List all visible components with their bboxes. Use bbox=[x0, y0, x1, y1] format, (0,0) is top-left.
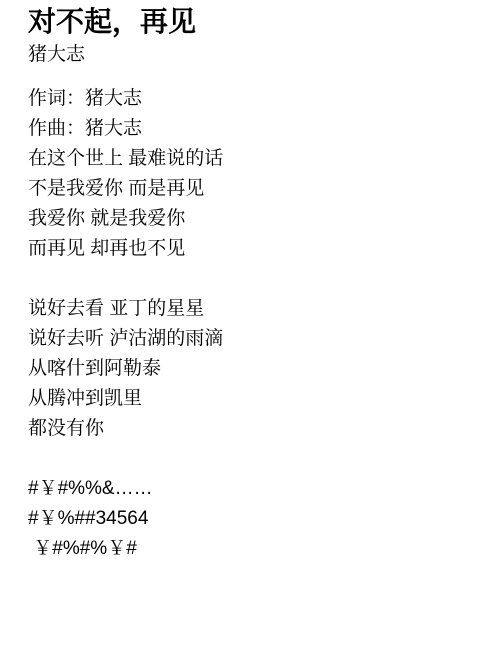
lyrics: 作词：猪大志作曲：猪大志在这个世上 最难说的话不是我爱你 而是再见我爱你 就是我… bbox=[28, 84, 480, 564]
artist-name: 猪大志 bbox=[28, 42, 480, 68]
lyric-line: #￥#%%&…… bbox=[28, 474, 480, 504]
lyrics-page: 对不起，再见 猪大志 作词：猪大志作曲：猪大志在这个世上 最难说的话不是我爱你 … bbox=[0, 0, 500, 670]
lyric-line: 都没有你 bbox=[28, 414, 480, 444]
lyric-line: 我爱你 就是我爱你 bbox=[28, 204, 480, 234]
lyric-line: 在这个世上 最难说的话 bbox=[28, 144, 480, 174]
lyric-line: 作词：猪大志 bbox=[28, 84, 480, 114]
song-title: 对不起，再见 bbox=[28, 2, 480, 42]
lyric-line: 不是我爱你 而是再见 bbox=[28, 174, 480, 204]
lyric-line: 说好去看 亚丁的星星 bbox=[28, 294, 480, 324]
lyric-line: #￥%##34564 bbox=[28, 504, 480, 534]
lyric-line bbox=[28, 264, 480, 294]
lyric-line: 作曲：猪大志 bbox=[28, 114, 480, 144]
lyric-line: 从喀什到阿勒泰 bbox=[28, 354, 480, 384]
lyric-line: ￥#%#%￥# bbox=[28, 534, 480, 564]
lyric-line: 说好去听 泸沽湖的雨滴 bbox=[28, 324, 480, 354]
lyric-line bbox=[28, 444, 480, 474]
lyric-line: 从腾冲到凯里 bbox=[28, 384, 480, 414]
lyric-line: 而再见 却再也不见 bbox=[28, 234, 480, 264]
